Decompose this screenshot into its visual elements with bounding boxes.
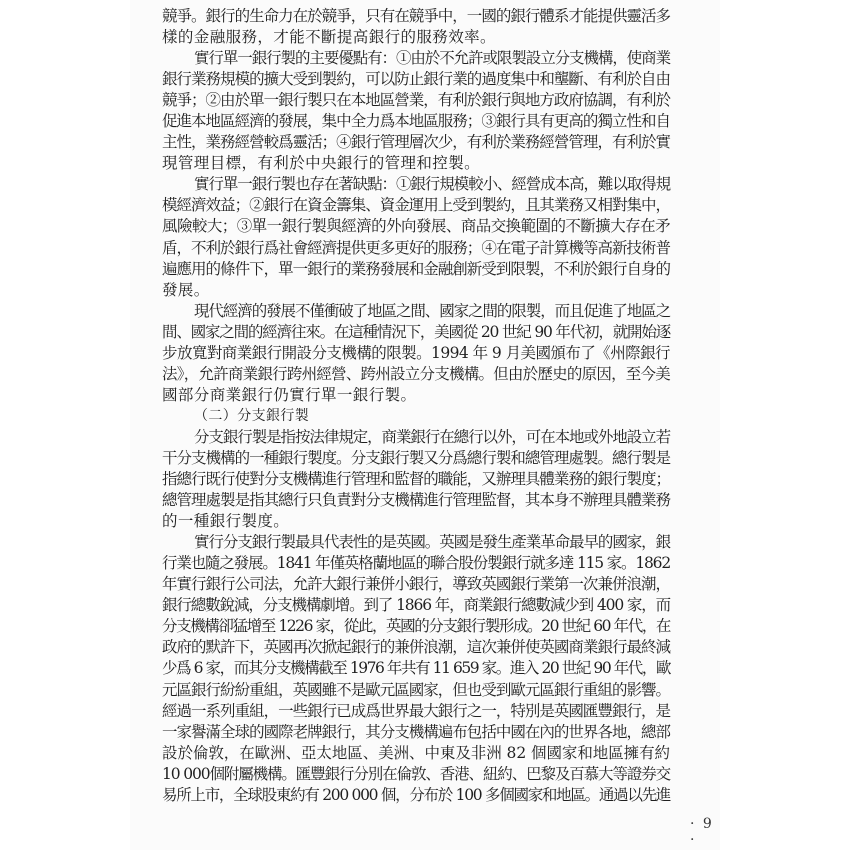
text-line: 樣的金融服務，才能不斷提高銀行的服務效率。 — [162, 27, 670, 48]
paragraph-start-line: 現代經濟的發展不僅衝破了地區之間、國家之間的限製，而且促進了地區之 — [162, 301, 670, 322]
text-line: 干分支機構的一種銀行製度。分支銀行製又分爲總行製和總管理處製。總行製是 — [162, 448, 670, 469]
document-page: 競爭。銀行的生命力在於競爭，只有在競爭中，一國的銀行體系才能提供靈活多 樣的金融… — [130, 0, 720, 850]
text-line: 促進本地區經濟的發展，集中全力爲本地區服務；③銀行具有更高的獨立性和自 — [162, 111, 670, 132]
section-heading: （二）分支銀行製 — [162, 406, 670, 427]
text-line: 步放寬對商業銀行開設分支機構的限製。1994 年 9 月美國頒布了《州際銀行 — [162, 343, 670, 364]
text-line: 的一種銀行製度。 — [162, 511, 670, 532]
text-line: 分支機構卻猛增至 1226 家，從此，英國的分支銀行製形成。20 世紀 60 年… — [162, 616, 670, 637]
text-line: 設於倫敦，在歐洲、亞太地區、美洲、中東及非洲 82 個國家和地區擁有約 — [162, 743, 670, 764]
text-line: 年實行銀行公司法，允許大銀行兼併小銀行，導致英國銀行業第一次兼併浪潮， — [162, 574, 670, 595]
text-line: 銀行業務規模的擴大受到製約，可以防止銀行業的過度集中和壟斷、有利於自由 — [162, 69, 670, 90]
paragraph-start-line: 實行單一銀行製的主要優點有：①由於不允許或限製設立分支機構，使商業 — [162, 48, 670, 69]
text-line: 總管理處製是指其總行只負責對分支機構進行管理監督，其本身不辦理具體業務 — [162, 490, 670, 511]
text-line: 競爭。銀行的生命力在於競爭，只有在競爭中，一國的銀行體系才能提供靈活多 — [162, 6, 670, 27]
text-line: 競爭；②由於單一銀行製只在本地區營業，有利於銀行與地方政府協調，有利於 — [162, 90, 670, 111]
body-text: 競爭。銀行的生命力在於競爭，只有在競爭中，一國的銀行體系才能提供靈活多 樣的金融… — [162, 6, 670, 806]
text-line: 模經濟效益；②銀行在資金籌集、資金運用上受到製約，且其業務又相對集中， — [162, 195, 670, 216]
text-line: 少爲 6 家，而其分支機構截至 1976 年共有 11 659 家。進入 20 … — [162, 658, 670, 679]
text-line: 國部分商業銀行仍實行單一銀行製。 — [162, 385, 670, 406]
paragraph-start-line: 實行單一銀行製也存在著缺點：①銀行規模較小、經營成本高，難以取得規 — [162, 174, 670, 195]
paragraph-start-line: 實行分支銀行製最具代表性的是英國。英國是發生產業革命最早的國家，銀 — [162, 532, 670, 553]
text-line: 間、國家之間的經濟往來。在這種情況下，美國從 20 世紀 90 年代初，就開始逐 — [162, 322, 670, 343]
text-line: 遍應用的條件下，單一銀行的業務發展和金融創新受到限製，不利於銀行自身的 — [162, 259, 670, 280]
text-line: 現管理目標，有利於中央銀行的管理和控製。 — [162, 153, 670, 174]
text-line: 元區銀行紛紛重組，英國雖不是歐元區國家，但也受到歐元區銀行重組的影響。 — [162, 680, 670, 701]
text-line: 發展。 — [162, 280, 670, 301]
text-line: 法》，允許商業銀行跨州經營、跨州設立分支機構。但由於歷史的原因，至今美 — [162, 364, 670, 385]
text-line: 10 000個附屬機構。匯豐銀行分別在倫敦、香港、紐約、巴黎及百慕大等證券交 — [162, 764, 670, 785]
paragraph-start-line: 分支銀行製是指按法律規定，商業銀行在總行以外，可在本地或外地設立若 — [162, 427, 670, 448]
text-line: 指總行既行使對分支機構進行管理和監督的職能，又辦理具體業務的銀行製度； — [162, 469, 670, 490]
text-line: 盾，不利於銀行爲社會經濟提供更多更好的服務；④在電子計算機等高新技術普 — [162, 238, 670, 259]
text-line: 風險較大；③單一銀行製與經濟的外向發展、商品交換範圍的不斷擴大存在矛 — [162, 216, 670, 237]
text-line: 行業也隨之發展。1841 年僅英格蘭地區的聯合股份製銀行就多達 115 家。18… — [162, 553, 670, 574]
text-line: 一家譽滿全球的國際老牌銀行，其分支機構遍布包括中國在內的世界各地，總部 — [162, 722, 670, 743]
text-line: 主性，業務經營較爲靈活；④銀行管理層次少，有利於業務經營管理，有利於實 — [162, 132, 670, 153]
text-line: 政府的默許下，英國再次掀起銀行的兼併浪潮，這次兼併使英國商業銀行最終減 — [162, 637, 670, 658]
page-number: · 9 · — [690, 816, 720, 848]
text-line: 經過一系列重組，一些銀行已成爲世界最大銀行之一，特別是英國匯豐銀行，是 — [162, 701, 670, 722]
text-line: 銀行總數銳減，分支機構劇增。到了 1866 年，商業銀行總數減少到 400 家，… — [162, 595, 670, 616]
text-line: 易所上市，全球股東約有 200 000 個，分布於 100 多個國家和地區。通過… — [162, 785, 670, 806]
